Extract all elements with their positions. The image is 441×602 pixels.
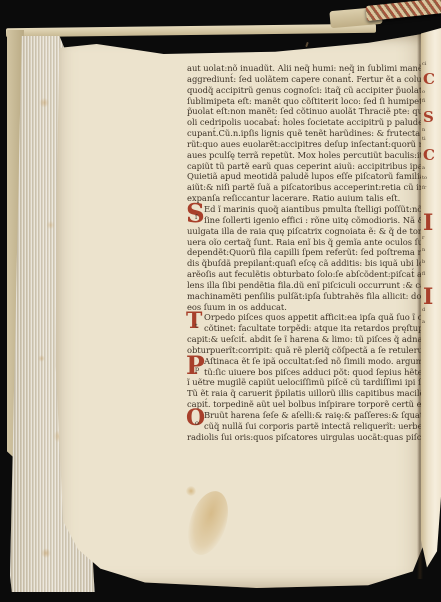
rubric-initial-letter: T (186, 308, 202, 334)
rubric-initial-s: Sſ (186, 202, 205, 226)
text-line: dependẽt:Quorũ fila capilli ſpem referũt… (187, 247, 423, 258)
text-line: quodq̃ accipitrũ genus cognoſci: itaq̃ c… (187, 85, 423, 96)
text-line: Tũ ẽt raia q̃ caruerit p̃pilatis uillorũ… (187, 388, 423, 399)
text-line: ſine ſollerti igenio effici : rõne uitę … (187, 215, 423, 226)
text-line: Aſtinaca ẽt ſe ipã occultat:ſed nõ ſimil… (187, 356, 423, 367)
guide-letter: p (195, 366, 199, 373)
text-line: expanſa reſiccantur lacerare. Ratio auiu… (187, 193, 423, 204)
fore-edge-text-fragment: b (422, 260, 425, 265)
fore-edge-red-initial: C (423, 148, 435, 163)
fore-edge-text-fragment: fr (422, 186, 426, 191)
text-line: Ed ĩ marinis quoq̃ aiantibus pmulta ſtel… (187, 204, 423, 215)
text-line: Bruũt harena ſeſe & aſelli:& raię:& paſſ… (187, 410, 423, 421)
text-line: cũq̃ nullã ſui corporis partẽ intectã re… (187, 421, 423, 432)
text-line: rũt:quo aues euolarẽt:accipitres deſup i… (187, 139, 423, 150)
text-line: Orpedo piſces quos appetit afficit:ea ip… (187, 312, 423, 323)
text-line: uera oĩo certaq̃ ſunt. Raia enĩ bis q̃ g… (187, 237, 423, 248)
ink-speck (305, 42, 309, 47)
fore-edge-text-fragment: ti (422, 137, 426, 142)
rubric-initial-p: Pp (186, 354, 205, 377)
fore-edge-red-initial: C (423, 72, 435, 87)
text-line: tũ:ſic uiuere bos piſces adduci põt: quo… (187, 367, 423, 378)
paper-stain-dot (186, 486, 196, 496)
text-line: aggrediunt́: ſed uolãtem capere conant́.… (187, 74, 423, 85)
fore-edge-text-fragment: fl (422, 272, 425, 277)
text-line: capit́. torpedinẽ aũt uel bolbus inſpira… (187, 399, 423, 410)
fore-edge-text-fragment: to (422, 176, 427, 181)
fore-edge-text-fragment: d (422, 308, 425, 313)
text-line: uulgata illa de raia quę piſcatrix cogno… (187, 226, 423, 237)
guide-letter: o (195, 420, 199, 427)
rubric-initial-t: Tt (186, 311, 202, 331)
text-line: machinamẽti penſilis pulſãt:ipſa ſubtrah… (187, 291, 423, 302)
page-text-block: aut uolat:nõ inuadũt. Alii neq̃ humi: ne… (187, 63, 423, 443)
fore-edge-text-fragment: a (422, 166, 425, 171)
text-line: eos ſuum in os adducat. (187, 302, 423, 313)
text-line: arẽoſis aut feculẽtis obturbato ſolo:ſe … (187, 269, 423, 280)
text-line: capit:& ueſcit́. abdit ſe ĩ harena & lim… (187, 334, 423, 345)
fore-edge-text-fragment: r (422, 236, 424, 241)
guide-letter: ſ (195, 214, 197, 221)
text-line: dis q̃buſdã prepilant́:quaſi eſcę cã add… (187, 258, 423, 269)
text-line: capiũt tũ partẽ earũ quas ceperint aiuũ:… (187, 161, 423, 172)
fore-edge-red-initial: I (423, 286, 433, 308)
rubric-initial-letter: O (186, 405, 205, 431)
fore-edge-red-initial: I (423, 212, 433, 234)
fore-edge-text-fragment: o (422, 90, 425, 95)
fore-edge-red-initial: S (423, 110, 434, 125)
book-photo-scene: aut uolat:nõ inuadũt. Alii neq̃ humi: ne… (0, 0, 441, 602)
fore-edge-text-fragment: n (422, 248, 425, 253)
text-line: lens illa ſibi pendẽtia fila.dũ enĩ piſc… (187, 280, 423, 291)
text-line: aues pculſę terrã repetũt. Mox holes per… (187, 150, 423, 161)
fore-edge-text-fragment: fi (422, 99, 425, 104)
text-line: ſublimipeta eſt: manẽt quo cõſtiterit lo… (187, 96, 423, 107)
text-line: cõtinet: facultate torpẽdi: atque ita re… (187, 323, 423, 334)
guide-letter: t (195, 323, 198, 330)
recto-page-sliver: CSCIIciofintiatofrrnbflda (421, 28, 441, 573)
vellum-top-edge (6, 24, 376, 38)
fore-edge-text-fragment: ci (422, 62, 426, 67)
rubric-initial-o: Oo (186, 408, 205, 428)
fore-edge-text-fragment: n (422, 128, 425, 133)
text-line: radiolis ſui oris:quos piſcatores uirgul… (187, 432, 423, 443)
text-line: oli cedripolis uocabat́: holes ſocietate… (187, 117, 423, 128)
headband-braid (365, 0, 441, 21)
fore-edge-text-fragment: a (422, 320, 425, 325)
text-line: aut uolat:nõ inuadũt. Alii neq̃ humi: ne… (187, 63, 423, 74)
text-line: cupant́.Cũ.n.ipſis lignis quẽ tenẽt harũ… (187, 128, 423, 139)
text-line: ĩ uẽtre mugilẽ capiũt uelociſſimũ piſcẽ … (187, 377, 423, 388)
text-line: p̃uolat eſt:non manẽt: ſed cõtinuo auolã… (187, 106, 423, 117)
text-line: obturpuerĩt:corripit: quã rẽ pleriq̃ cõſ… (187, 345, 423, 356)
text-line: Quietiã apud meotidã paludẽ lupos eſſe p… (187, 171, 423, 182)
text-line: aiũt:& niſi partẽ ſuã a piſcatoribus acc… (187, 182, 423, 193)
